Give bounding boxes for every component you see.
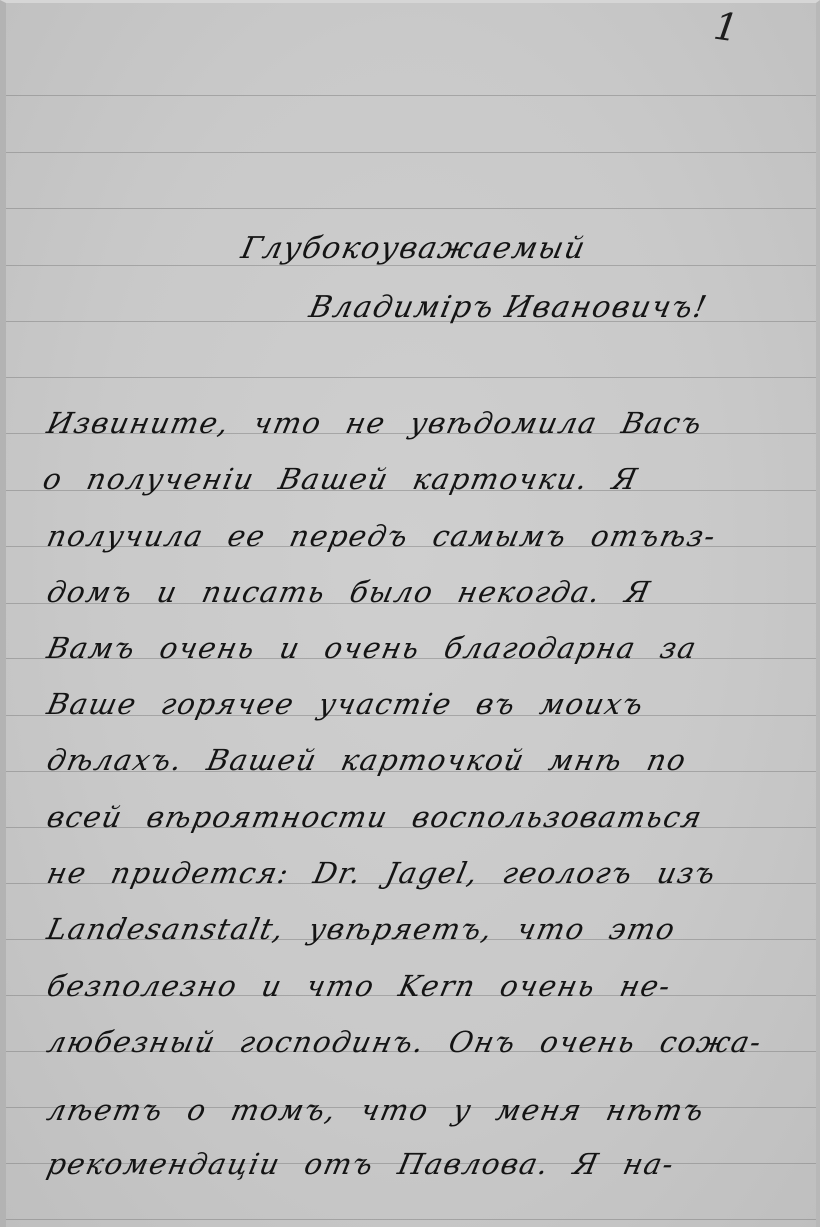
letter-line: получила ее передъ самымъ отъѣз- [44, 519, 720, 553]
letter-line: домъ и писать было некогда. Я [44, 575, 654, 609]
salutation-name: Владиміръ Ивановичъ! [306, 290, 711, 325]
salutation-honorific: Глубокоуважаемый [238, 231, 589, 266]
letter-line: Вамъ очень и очень благодарна за [44, 631, 700, 665]
letter-line: не придется: Dr. Jagel, геологъ изъ [44, 856, 720, 890]
ruled-line [6, 377, 820, 378]
letter-page: 1 Глубокоуважаемый Владиміръ Ивановичъ! … [0, 0, 820, 1227]
letter-line: Ваше горячее участіе въ моихъ [44, 687, 647, 721]
ruled-line [6, 1219, 820, 1220]
letter-line: лѣетъ о томъ, что у меня нѣтъ [44, 1093, 708, 1127]
letter-line: всей вѣроятности воспользоваться [44, 800, 706, 834]
letter-line: о полученіи Вашей карточки. Я [40, 462, 641, 496]
ruled-line [6, 152, 820, 153]
letter-line: дѣлахъ. Вашей карточкой мнѣ по [44, 743, 690, 777]
letter-line: любезный господинъ. Онъ очень сожа- [44, 1025, 765, 1059]
letter-line: рекомендаціи отъ Павлова. Я на- [44, 1147, 678, 1181]
letter-line: Извините, что не увѣдомила Васъ [44, 406, 706, 440]
page-number: 1 [711, 4, 741, 51]
ruled-line [6, 95, 820, 96]
letter-line: безполезно и что Kern очень не- [44, 969, 675, 1003]
letter-line: Landesanstalt, увѣряетъ, что это [44, 912, 679, 946]
ruled-line [6, 208, 820, 209]
